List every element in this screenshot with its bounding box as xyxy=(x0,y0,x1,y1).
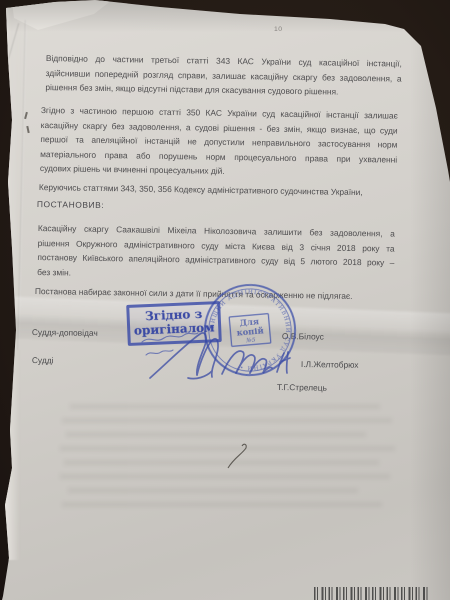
paragraph-ruling: Касаційну скаргу Саакашвілі Міхеіла Ніко… xyxy=(37,221,395,285)
handwritten-signatures xyxy=(118,318,328,398)
bleed-through-text xyxy=(68,488,358,493)
bleed-through-text xyxy=(70,404,380,409)
barcode xyxy=(314,587,428,600)
page-number: 10 xyxy=(274,26,283,33)
bleed-through-text xyxy=(66,432,366,437)
bleed-through-text xyxy=(62,418,392,423)
margin-pen-mark xyxy=(26,126,29,133)
bleed-through-text xyxy=(62,502,382,507)
label-judge-rapporteur: Суддя-доповідач xyxy=(32,327,98,338)
label-judges: Судді xyxy=(32,355,54,365)
paragraph-article-343: Відповідно до частини третьої статті 343… xyxy=(45,51,402,100)
paragraph-article-350: Згідно з частиною першою статті 350 КАС … xyxy=(40,103,398,181)
top-edge-shadow xyxy=(0,0,450,46)
resolution-heading: ПОСТАНОВИВ: xyxy=(37,197,237,215)
document-paper: 10 Відповідно до частини третьої статті … xyxy=(0,0,450,600)
text-line: ПОСТАНОВИВ: xyxy=(37,197,237,215)
right-edge-shadow xyxy=(410,0,450,600)
margin-pen-mark xyxy=(24,112,28,119)
bleed-through-text xyxy=(60,474,390,479)
hair-artifact xyxy=(220,440,260,474)
